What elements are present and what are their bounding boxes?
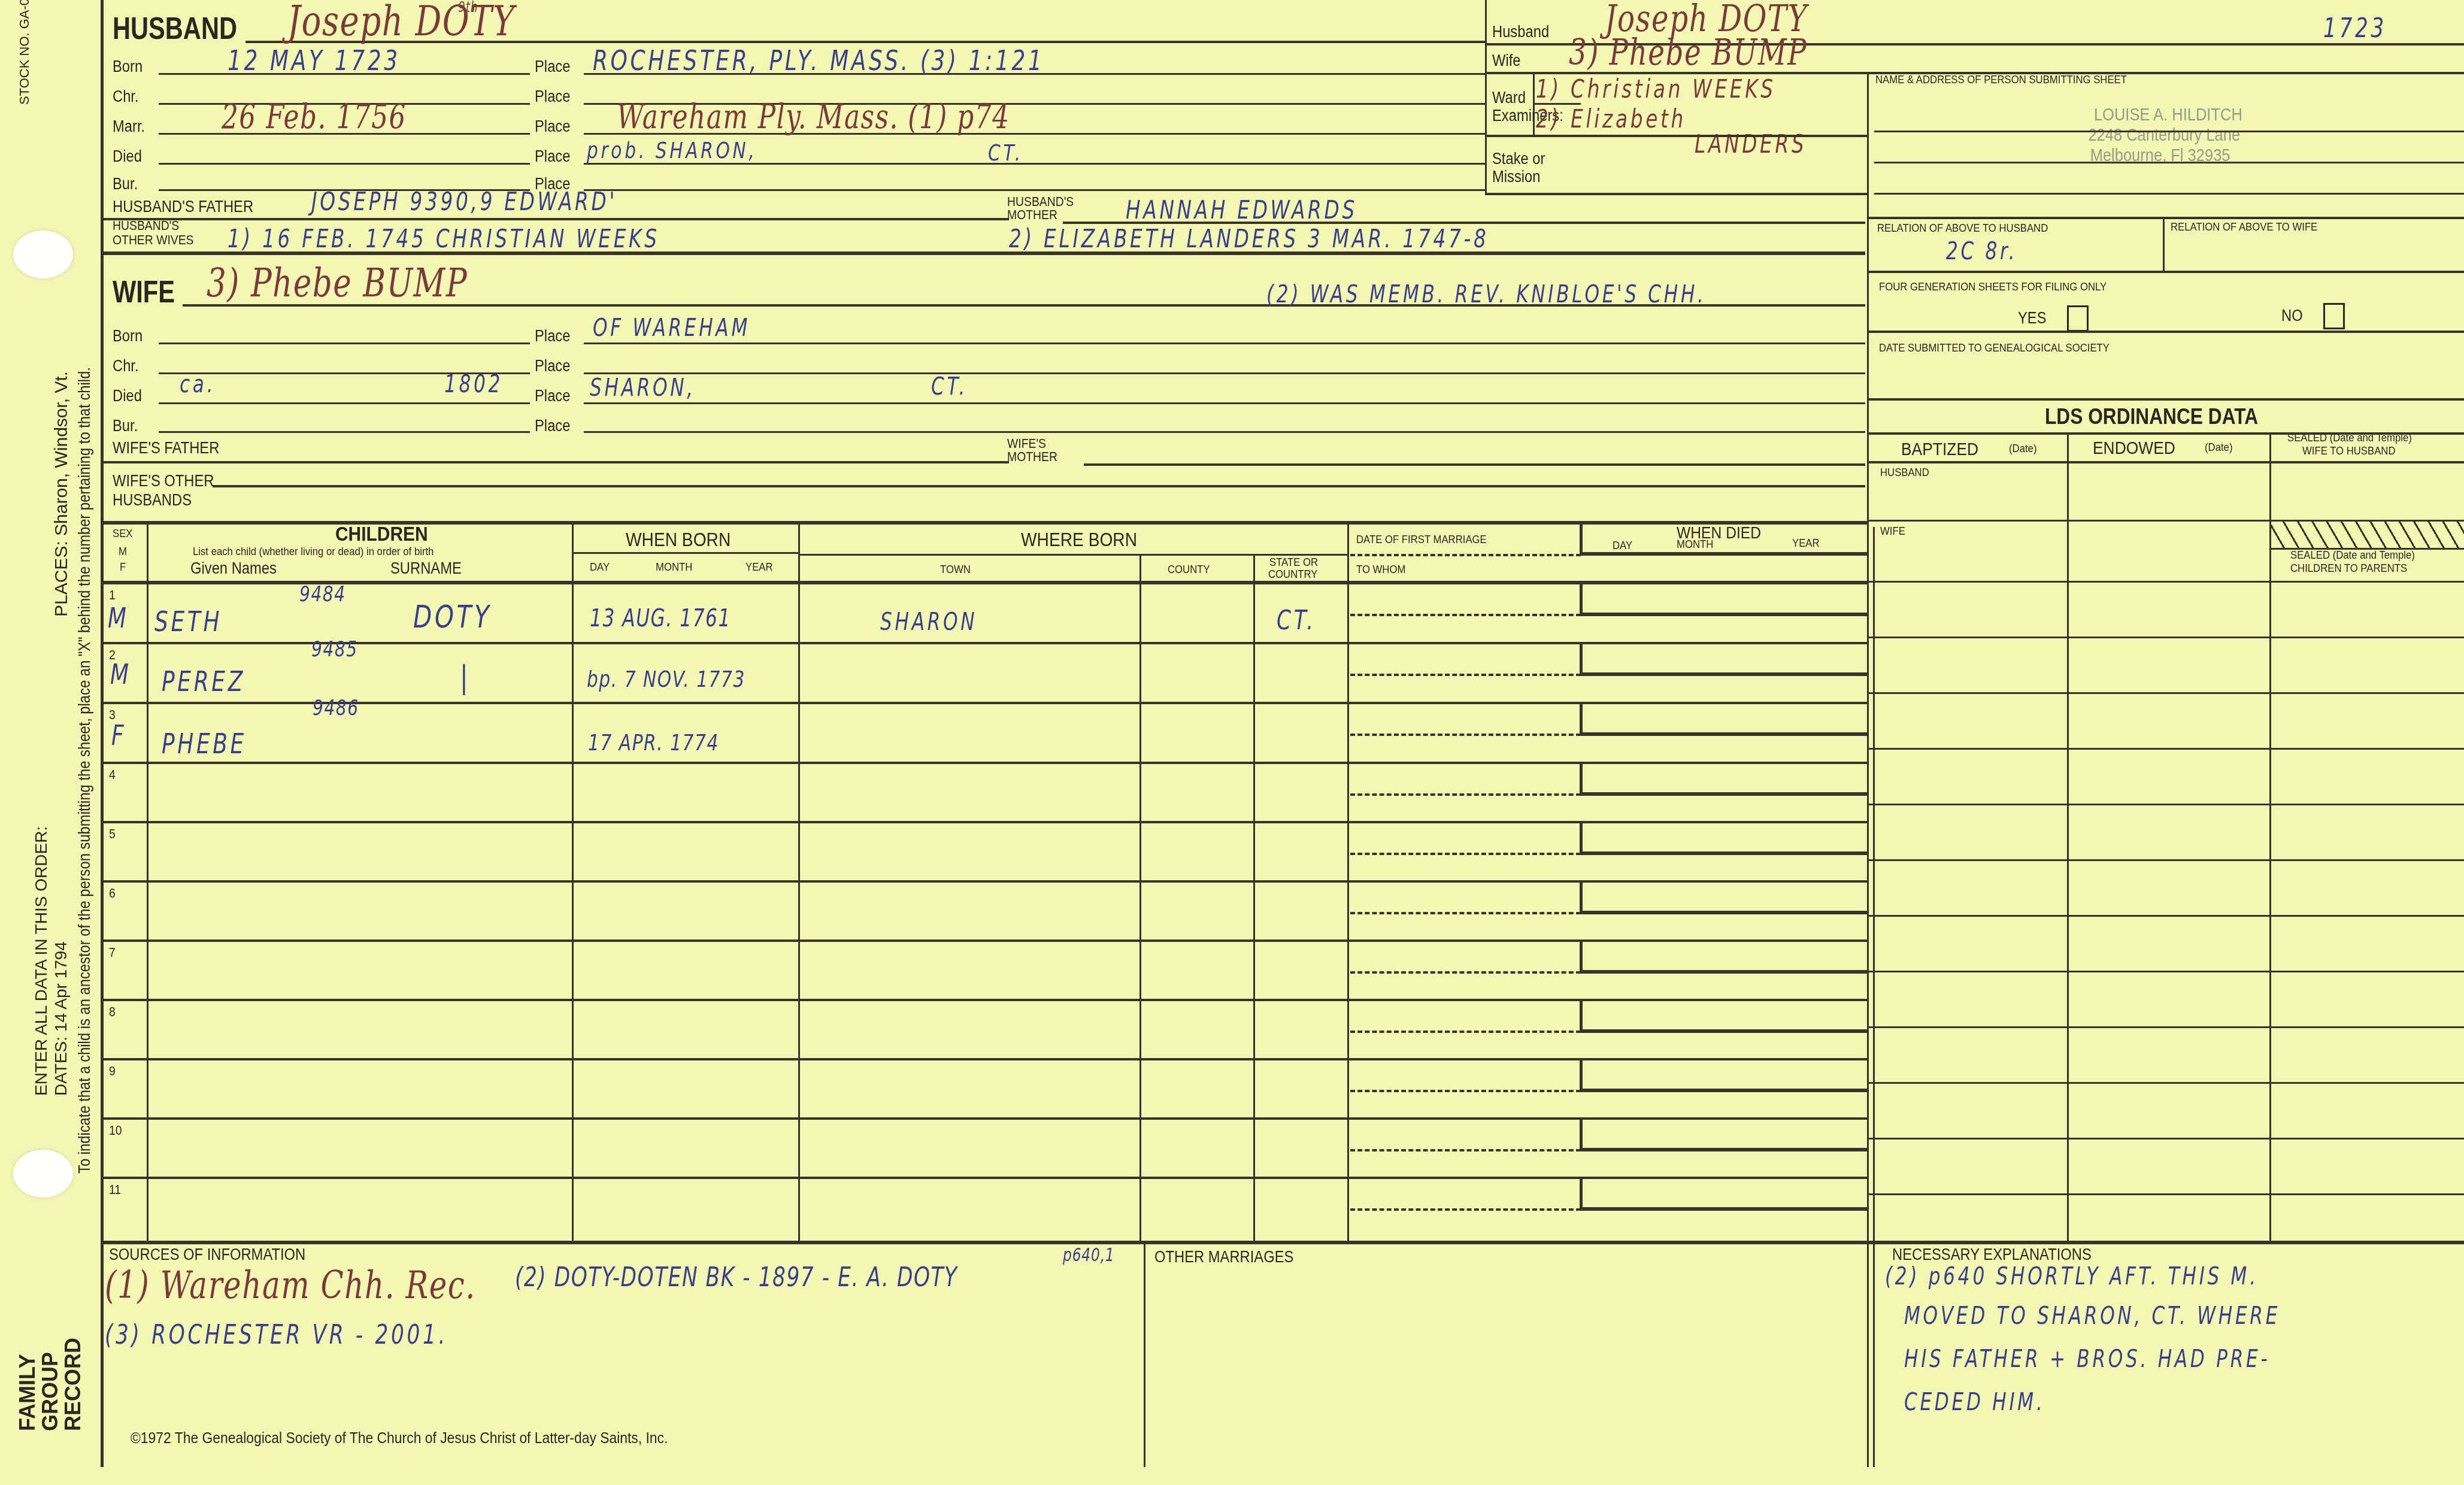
child-born[interactable]: 17 APR. 1774 (588, 731, 719, 754)
lds-husband-label: HUSBAND (1880, 467, 1929, 478)
wife-born-place-line (584, 343, 1865, 344)
child-marriage-dash (1350, 912, 1581, 914)
child-marriage-dash (1350, 1208, 1581, 1211)
submitter-line-3 (1874, 193, 2464, 195)
child-number: 8 (109, 1005, 116, 1019)
relation-husband-label: RELATION OF ABOVE TO HUSBAND (1877, 223, 2048, 234)
bottom-section-top-line (102, 1241, 2464, 1244)
child-marriage-dash (1350, 614, 1581, 616)
submitter-street-stamp: 2248 Canterbury Lane (2088, 125, 2240, 146)
child-marriage-dash (1350, 674, 1581, 676)
husband-father[interactable]: JOSEPH 9390,9 EDWARD' (311, 189, 617, 214)
stock-number: STOCK NO. GA-0 (18, 0, 31, 105)
child-row-6: 6 (102, 882, 1868, 941)
born-year-label: YEAR (745, 562, 773, 573)
child-row-9: 9 (102, 1060, 1868, 1119)
husband-mother[interactable]: HANNAH EDWARDS (1126, 198, 1357, 223)
husband-name-superscript: 9th (458, 0, 478, 14)
husband-other-wives-label-1: HUSBAND'S (113, 219, 179, 232)
date-submitted-label: DATE SUBMITTED TO GENEALOGICAL SOCIETY (1879, 343, 2110, 354)
lds-row-line (1868, 692, 2464, 694)
no-label: NO (2281, 308, 2303, 324)
explanation-line-4[interactable]: CEDED HIM. (1904, 1390, 2045, 1414)
places-instruction: PLACES: Sharon, Windsor, Vt. (53, 371, 71, 617)
child-number: 10 (109, 1124, 122, 1137)
wife-mother-label-1: WIFE'S (1007, 437, 1046, 450)
child-number: 1 (109, 589, 116, 602)
child-surname[interactable]: DOTY (413, 602, 492, 633)
to-whom-label: TO WHOM (1356, 564, 1405, 575)
lds-row-line (1868, 1026, 2464, 1028)
husband-mother-label-2: MOTHER (1007, 208, 1057, 222)
child-row-3: 3 F PHEBE 9486 17 APR. 1774 (102, 704, 1868, 763)
child-died-line (1580, 792, 1868, 796)
submitter-line-2 (1874, 162, 2464, 163)
husband-other-wives-1[interactable]: 1) 16 FEB. 1745 CHRISTIAN WEEKS (228, 226, 660, 251)
source-1[interactable]: (1) Wareham Chh. Rec. (105, 1266, 476, 1305)
died-month-label: MONTH (1677, 539, 1713, 550)
child-number: 4 (109, 768, 116, 781)
husband-marr-date[interactable]: 26 Feb. 1756 (222, 101, 407, 134)
husband-born-label: Born (113, 59, 143, 75)
state-label-1: STATE OR (1269, 557, 1318, 568)
when-died-header-bottom (1580, 552, 1867, 556)
wife-died-place-line (584, 402, 1865, 404)
husband-died-place-state[interactable]: CT. (988, 141, 1023, 164)
born-month-label: MONTH (656, 562, 692, 573)
child-marriage-dash (1350, 1031, 1581, 1033)
husband-died-label: Died (113, 148, 142, 165)
header-examiners-2[interactable]: 2) Elizabeth (1536, 107, 1686, 132)
lds-row-line (1868, 1193, 2464, 1195)
relation-top-line (1868, 217, 2464, 219)
child-row-4: 4 (102, 763, 1868, 822)
other-marriages-label: OTHER MARRIAGES (1154, 1249, 1293, 1265)
lds-sealed-children-2: CHILDREN TO PARENTS (2290, 563, 2407, 574)
lds-sealed-children-1: SEALED (Date and Temple) (2290, 550, 2415, 561)
explanation-line-2[interactable]: MOVED TO SHARON, CT. WHERE (1904, 1304, 2280, 1328)
lds-row-line (1868, 1082, 2464, 1084)
child-sex[interactable]: M (110, 660, 132, 688)
child-id[interactable]: 9485 (311, 639, 358, 660)
child-town[interactable]: SHARON (880, 610, 977, 634)
child-died-line (1580, 672, 1868, 676)
husband-other-wives-2[interactable]: 2) ELIZABETH LANDERS 3 MAR. 1747-8 (1009, 226, 1489, 251)
husband-died-line (159, 163, 530, 165)
lds-row-line (1868, 804, 2464, 805)
child-died-line (1580, 1029, 1868, 1033)
header-wife-value[interactable]: 3) Phebe BUMP (1569, 35, 1807, 71)
ancestor-instruction: To indicate that a child is an ancestor … (77, 367, 93, 1174)
wife-died-place-label: Place (535, 388, 570, 404)
child-id[interactable]: 9484 (299, 584, 346, 605)
wife-heading: WIFE (113, 277, 175, 308)
child-row-2: 2 M PEREZ 9485 | bp. 7 NOV. 1773 (102, 644, 1868, 704)
wife-mother-line (1084, 463, 1865, 466)
child-died-left (1580, 644, 1583, 676)
child-row-1: 1 M SETH 9484 DOTY 13 AUG. 1761 SHARON C… (102, 584, 1868, 644)
header-box-bottom-line (1485, 193, 1868, 195)
sources-divider (1144, 1241, 1145, 1467)
yes-label: YES (2018, 310, 2047, 326)
husband-chr-label: Chr. (113, 89, 139, 105)
child-id[interactable]: 9486 (313, 698, 359, 719)
husband-marr-label: Marr. (113, 119, 145, 135)
wife-born-place-label: Place (535, 328, 570, 344)
wife-died-label: Died (113, 388, 142, 404)
wife-chr-place-label: Place (535, 358, 570, 374)
header-wife-label: Wife (1492, 53, 1521, 69)
child-marriage-dash (1350, 853, 1581, 855)
child-died-left (1580, 1178, 1583, 1211)
lds-row-line (1868, 915, 2464, 917)
record-title-record: RECORD (62, 1338, 84, 1431)
wife-other-husbands-label-2: HUSBANDS (113, 492, 192, 508)
child-born[interactable]: bp. 7 NOV. 1773 (587, 668, 745, 690)
child-died-left (1580, 1001, 1583, 1033)
child-died-left (1580, 941, 1583, 974)
lds-header-bottom-line (1868, 461, 2464, 463)
husband-mother-label-1: HUSBAND'S (1007, 195, 1074, 208)
state-label-2: COUNTRY (1268, 569, 1317, 580)
dates-example: DATES: 14 Apr 1794 (53, 941, 69, 1096)
header-husband-label: Husband (1492, 24, 1549, 40)
wife-chr-place-line (584, 372, 1865, 374)
child-number: 7 (109, 946, 116, 959)
born-day-label: DAY (590, 562, 610, 573)
lds-wife-label: WIFE (1880, 526, 1905, 537)
wife-name[interactable]: 3) Phebe BUMP (207, 263, 468, 303)
header-husband-year[interactable]: 1723 (2323, 16, 2387, 42)
wife-died-line (159, 402, 530, 404)
record-title-group: GROUP (40, 1352, 61, 1431)
child-marriage-dash (1350, 1090, 1581, 1092)
where-born-sub-line (798, 554, 1347, 556)
husband-born-date[interactable]: 12 MAY 1723 (228, 47, 401, 74)
child-number: 6 (109, 887, 116, 900)
source-2-page[interactable]: p640,1 (1063, 1247, 1115, 1265)
child-state[interactable]: CT. (1277, 608, 1316, 634)
child-born[interactable]: 13 AUG. 1761 (590, 607, 731, 631)
child-surname[interactable]: | (460, 662, 471, 693)
relation-wife-label: RELATION OF ABOVE TO WIFE (2171, 222, 2317, 233)
relation-divider (2163, 217, 2165, 271)
child-marriage-dash (1350, 734, 1581, 736)
when-died-header-left (1580, 524, 1583, 555)
wife-note[interactable]: (2) WAS MEMB. REV. KNIBLOE'S CHH. (1266, 283, 1707, 307)
lds-row-line (1868, 971, 2464, 972)
child-number: 5 (109, 828, 116, 841)
husband-father-line (102, 218, 1009, 220)
husband-other-wives-label-2: OTHER WIVES (113, 234, 194, 247)
child-died-left (1580, 584, 1583, 616)
child-died-line (1580, 970, 1868, 974)
child-row-7: 7 (102, 941, 1868, 1000)
header-mission-label: Mission (1492, 169, 1541, 185)
wife-mother-label-2: MOTHER (1007, 450, 1057, 463)
lds-endowed-date-note: (Date) (2205, 442, 2232, 453)
child-died-left (1580, 1060, 1583, 1092)
child-died-left (1580, 763, 1583, 796)
relation-bottom-line (1868, 271, 2464, 273)
wife-died-prefix[interactable]: ca. (180, 372, 216, 396)
lds-row-line (1868, 637, 2464, 638)
wife-born-place[interactable]: OF WAREHAM (593, 316, 750, 340)
header-examiners-1[interactable]: 1) Christian WEEKS (1536, 77, 1776, 102)
husband-bur-place-line (584, 189, 1485, 191)
husband-father-label: HUSBAND'S FATHER (113, 199, 253, 215)
child-died-line (1580, 1148, 1868, 1151)
child-number: 11 (109, 1183, 121, 1196)
husband-marr-place[interactable]: Wareham Ply. Mass. (1) p74 (617, 101, 1010, 134)
sources-label: SOURCES OF INFORMATION (109, 1247, 305, 1263)
first-marriage-label: DATE OF FIRST MARRIAGE (1356, 534, 1487, 545)
child-died-line (1580, 911, 1868, 914)
header-stake-label: Stake or (1492, 151, 1545, 167)
children-sub-label: List each child (whether living or dead)… (193, 546, 434, 557)
four-gen-label: FOUR GENERATION SHEETS FOR FILING ONLY (1879, 281, 2107, 293)
wife-died-place[interactable]: SHARON, (590, 376, 696, 400)
explanation-line-1[interactable]: (2) p640 SHORTLY AFT. THIS M. (1885, 1265, 2259, 1289)
lds-col-divider-1 (2067, 432, 2069, 1244)
child-died-left (1580, 823, 1583, 855)
child-sex[interactable]: F (111, 722, 126, 749)
lds-baptized-label: BAPTIZED (1901, 441, 1978, 459)
town-label: TOWN (940, 564, 971, 575)
child-died-left (1580, 882, 1583, 914)
wife-died-date[interactable]: 1802 (444, 372, 503, 396)
enter-order-instruction: ENTER ALL DATA IN THIS ORDER: (33, 826, 50, 1096)
husband-died-place-label: Place (535, 148, 570, 165)
surname-label: SURNAME (390, 560, 462, 577)
wife-born-label: Born (113, 328, 143, 344)
lds-sealed-wife-1: SEALED (Date and Temple) (2287, 432, 2412, 444)
wife-other-husbands-label-1: WIFE'S OTHER (113, 473, 214, 489)
child-died-line (1580, 613, 1868, 616)
child-marriage-dash (1350, 971, 1581, 974)
husband-chr-place-label: Place (535, 89, 570, 105)
header-box-left-border (1485, 0, 1487, 195)
children-label: CHILDREN (335, 524, 428, 544)
when-born-sub-line (572, 552, 798, 554)
child-died-left (1580, 1119, 1583, 1151)
child-given-name[interactable]: PHEBE (162, 730, 247, 757)
explanations-label: NECESSARY EXPLANATIONS (1892, 1247, 2092, 1263)
sex-label: SEX (113, 528, 132, 540)
lds-sealed-wife-2: WIFE TO HUSBAND (2302, 445, 2395, 457)
child-row-10: 10 (102, 1119, 1868, 1178)
wife-chr-label: Chr. (113, 358, 139, 374)
husband-died-place[interactable]: prob. SHARON, (587, 139, 757, 162)
source-3[interactable]: (3) ROCHESTER VR - 2001. (105, 1322, 448, 1348)
wife-father-label: WIFE'S FATHER (113, 440, 219, 456)
right-panel-border-inner (1873, 527, 1875, 1467)
lds-row-line (1868, 581, 2464, 583)
lds-col-divider-2 (2269, 432, 2271, 1244)
wife-other-husbands-line (213, 485, 1865, 487)
child-died-left (1580, 704, 1583, 736)
submitter-label: NAME & ADDRESS OF PERSON SUBMITTING SHEE… (1875, 74, 2127, 86)
child-number: 9 (109, 1065, 116, 1078)
lds-row-line (1868, 748, 2464, 750)
lds-row-line (1868, 859, 2464, 861)
child-sex[interactable]: M (108, 604, 129, 632)
child-given-name[interactable]: SETH (154, 608, 222, 635)
header-ward-label: Ward (1492, 90, 1526, 106)
sex-f-label: F (120, 562, 126, 573)
wife-died-place-state[interactable]: CT. (931, 375, 968, 399)
husband-heading: HUSBAND (113, 13, 237, 44)
child-died-line (1580, 732, 1868, 736)
child-row-5: 5 (102, 823, 1868, 881)
source-2[interactable]: (2) DOTY-DOTEN BK - 1897 - E. A. DOTY (515, 1265, 958, 1291)
child-died-line (1580, 851, 1868, 855)
child-row-11: 11 (102, 1178, 1868, 1238)
husband-name[interactable]: Joseph DOTY (287, 0, 516, 42)
lds-hatched-area (2271, 521, 2464, 548)
no-checkbox[interactable] (2323, 303, 2345, 329)
husband-bur-label: Bur. (113, 176, 138, 192)
first-marriage-header-dash (1350, 554, 1581, 556)
child-marriage-dash (1350, 793, 1581, 796)
wife-bur-place-label: Place (535, 418, 570, 434)
county-label: COUNTY (1168, 564, 1210, 575)
wife-bur-line (159, 431, 530, 433)
child-died-line (1580, 1089, 1868, 1092)
given-names-label: Given Names (190, 560, 277, 577)
binder-hole-bottom (13, 1150, 73, 1198)
yes-checkbox[interactable] (2067, 305, 2089, 332)
submitter-name-stamp: LOUISE A. HILDITCH (2094, 104, 2242, 126)
wife-father-line (102, 461, 1009, 463)
husband-marr-place-label: Place (535, 119, 570, 135)
submitter-line-1 (1874, 131, 2464, 132)
copyright: ©1972 The Genealogical Society of The Ch… (131, 1430, 668, 1445)
explanation-line-3[interactable]: HIS FATHER + BROS. HAD PRE- (1904, 1347, 2270, 1371)
child-given-name[interactable]: PEREZ (162, 668, 246, 695)
sex-m-label: M (119, 546, 127, 557)
binder-hole-top (13, 231, 73, 278)
record-title-family: FAMILY (17, 1354, 38, 1431)
date-submitted-bottom-line (1868, 398, 2464, 401)
wife-born-line (159, 343, 530, 344)
where-born-label: WHERE BORN (1021, 530, 1137, 549)
died-day-label: DAY (1613, 540, 1632, 551)
relation-husband-value[interactable]: 2C 8r. (1946, 240, 2017, 263)
child-marriage-dash (1350, 1149, 1581, 1151)
died-year-label: YEAR (1792, 538, 1820, 549)
wife-bur-place-line (584, 431, 1865, 433)
header-examiners-line (1485, 135, 1868, 137)
lds-row-line (1868, 1138, 2464, 1139)
husband-born-place-label: Place (535, 59, 570, 75)
child-row-8: 8 (102, 1001, 1868, 1059)
lds-endowed-label: ENDOWED (2093, 440, 2175, 457)
child-died-line (1580, 1207, 1868, 1211)
wife-bur-label: Bur. (113, 418, 138, 434)
husband-born-place[interactable]: ROCHESTER, PLY. MASS. (3) 1:121 (593, 47, 1045, 74)
when-born-label: WHEN BORN (626, 530, 731, 549)
four-gen-bottom-line (1868, 331, 2464, 333)
lds-baptized-date-note: (Date) (2009, 443, 2036, 454)
lds-title: LDS ORDINANCE DATA (2045, 406, 2258, 428)
